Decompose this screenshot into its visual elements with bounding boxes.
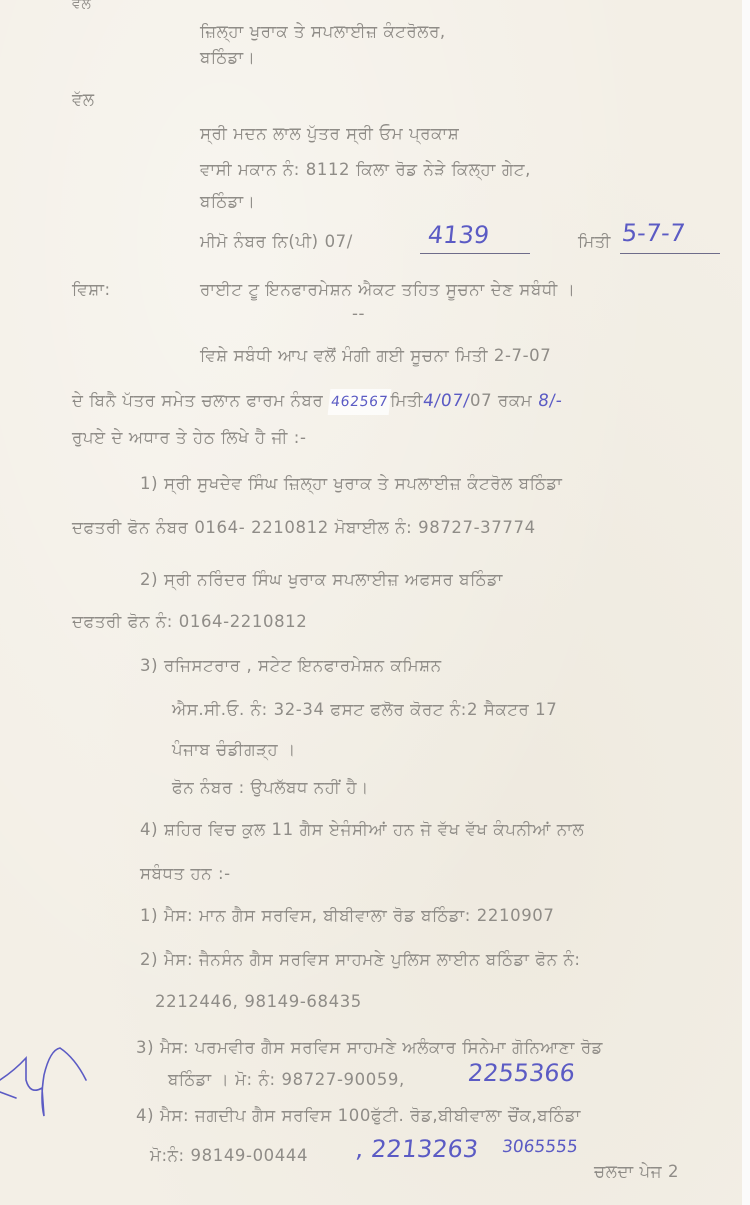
recipient-line-2: ਵਾਸੀ ਮਕਾਨ ਨੰ: 8112 ਕਿਲਾ ਰੋਡ ਨੇੜੇ ਕਿਲ੍ਹਾ … — [200, 160, 531, 180]
agency-4-line-2: ਮੋ:ਨੰ: 98149-00444 — [150, 1146, 308, 1166]
body-line-1: ਵਿਸ਼ੇ ਸਬੰਧੀ ਆਪ ਵਲੋਂ ਮੰਗੀ ਗਈ ਸੂਚਨਾ ਮਿਤੀ 2… — [200, 346, 551, 366]
agency-3-handwritten-phone: 2255366 — [467, 1060, 577, 1086]
subject-separator: -- — [352, 304, 365, 324]
agency-3-line-2: ਬਠਿੰਡਾ । ਮੋ: ਨੰ: 98727-90059, — [168, 1070, 405, 1090]
item-3-line-1: 3) ਰਜਿਸਟਰਾਰ , ਸਟੇਟ ਇਨਫਾਰਮੇਸ਼ਨ ਕਮਿਸ਼ਨ — [140, 656, 442, 676]
recipient-line-1: ਸ੍ਰੀ ਮਦਨ ਲਾਲ ਪੁੱਤਰ ਸ੍ਰੀ ਓਮ ਪ੍ਰਕਾਸ਼ — [200, 124, 459, 144]
memo-date-handwritten: 5-7-7 — [621, 220, 687, 246]
memo-label: ਮੀਮੋ ਨੰਬਰ ਨਿ(ਪੀ) 07/ — [200, 232, 353, 252]
item-2-line-1: 2) ਸ੍ਰੀ ਨਰਿੰਦਰ ਸਿੰਘ ਖੁਰਾਕ ਸਪਲਾਈਜ਼ ਅਫਸਰ ਬ… — [140, 570, 503, 590]
challan-date-handwritten: 4/07/ — [422, 388, 472, 414]
agency-4-handwritten-phone-2: 3065555 — [501, 1134, 579, 1160]
scanned-letter-page — [0, 0, 742, 1205]
top-fragment: ਵਲ — [72, 0, 91, 14]
item-1-line-1: 1) ਸ੍ਰੀ ਸੁਖਦੇਵ ਸਿੰਘ ਜ਼ਿਲ੍ਹਾ ਖੁਰਾਕ ਤੇ ਸਪਲ… — [140, 474, 562, 494]
body-line-2-start: ਦੇ ਬਿਨੈ ਪੱਤਰ ਸਮੇਤ ਚਲਾਨ ਫਾਰਮ ਨੰਬਰ — [72, 391, 323, 410]
to-label: ਵੱਲ — [72, 90, 95, 110]
agency-2-line-2: 2212446, 98149-68435 — [155, 992, 362, 1012]
amount-handwritten: 8/- — [537, 388, 564, 414]
body-line-2-date-label: ਮਿਤੀ — [390, 391, 423, 410]
agency-1-line-1: 1) ਮੈਸ: ਮਾਨ ਗੈਸ ਸਰਵਿਸ, ਬੀਬੀਵਾਲਾ ਰੋਡ ਬਠਿੰ… — [140, 906, 555, 926]
sender-line-1: ਜ਼ਿਲ੍ਹਾ ਖੁਰਾਕ ਤੇ ਸਪਲਾਈਜ਼ ਕੰਟਰੋਲਰ, — [200, 22, 446, 42]
body-line-2-end: 07 ਰਕਮ — [470, 391, 532, 410]
body-line-2: ਦੇ ਬਿਨੈ ਪੱਤਰ ਸਮੇਤ ਚਲਾਨ ਫਾਰਮ ਨੰਬਰ 462567ਮ… — [72, 388, 563, 415]
agency-2-line-1: 2) ਮੈਸ: ਜੈਨਸੰਨ ਗੈਸ ਸਰਵਿਸ ਸਾਹਮਣੇ ਪੁਲਿਸ ਲਾ… — [140, 950, 581, 970]
item-4-line-2: ਸਬੰਧਤ ਹਨ :- — [140, 864, 231, 884]
memo-number-underline — [420, 253, 530, 254]
subject-label: ਵਿਸ਼ਾ: — [72, 280, 111, 300]
item-1-line-2: ਦਫਤਰੀ ਫੋਨ ਨੰਬਰ 0164- 2210812 ਮੋਬਾਈਲ ਨੰ: … — [72, 518, 536, 538]
agency-4-line-1: 4) ਮੈਸ: ਜਗਦੀਪ ਗੈਸ ਸਰਵਿਸ 100ਫੁੱਟੀ. ਰੋਡ,ਬੀ… — [136, 1106, 581, 1126]
memo-number-handwritten: 4139 — [427, 222, 491, 248]
agency-4-handwritten-phone-1: , 2213263 — [355, 1136, 480, 1162]
item-3-line-2: ਐਸ.ਸੀ.ਓ. ਨੰ: 32-34 ਫਸਟ ਫਲੋਰ ਕੋਰਟ ਨੰ:2 ਸੈ… — [172, 700, 557, 720]
scan-edge — [742, 0, 750, 1205]
sender-line-2: ਬਠਿੰਡਾ। — [200, 48, 255, 68]
item-4-line-1: 4) ਸ਼ਹਿਰ ਵਿਚ ਕੁਲ 11 ਗੈਸ ਏਜੰਸੀਆਂ ਹਨ ਜੋ ਵੱ… — [140, 820, 584, 840]
memo-date-underline — [620, 253, 720, 254]
challan-number-handwritten: 462567 — [328, 389, 392, 415]
item-3-line-4: ਫੋਨ ਨੰਬਰ : ਉਪਲੱਬਧ ਨਹੀਂ ਹੈ। — [172, 778, 369, 798]
memo-date-label: ਮਿਤੀ — [578, 232, 611, 252]
continued-page-footer: ਚਲਦਾ ਪੇਜ 2 — [594, 1162, 679, 1182]
subject-text: ਰਾਈਟ ਟੂ ਇਨਫਾਰਮੇਸ਼ਨ ਐਕਟ ਤਹਿਤ ਸੂਚਨਾ ਦੇਣ ਸਬ… — [200, 280, 575, 300]
recipient-line-3: ਬਠਿੰਡਾ। — [200, 192, 255, 212]
item-3-line-3: ਪੰਜਾਬ ਚੰਡੀਗੜ੍ਹ । — [172, 740, 296, 760]
item-2-line-2: ਦਫਤਰੀ ਫੋਨ ਨੰ: 0164-2210812 — [72, 612, 307, 632]
body-line-3: ਰੁਪਏ ਦੇ ਅਧਾਰ ਤੇ ਹੇਠ ਲਿਖੇ ਹੈ ਜੀ :- — [72, 428, 307, 448]
signature-scribble — [0, 1040, 120, 1130]
agency-3-line-1: 3) ਮੈਸ: ਪਰਮਵੀਰ ਗੈਸ ਸਰਵਿਸ ਸਾਹਮਣੇ ਅਲੰਕਾਰ ਸ… — [136, 1038, 603, 1058]
